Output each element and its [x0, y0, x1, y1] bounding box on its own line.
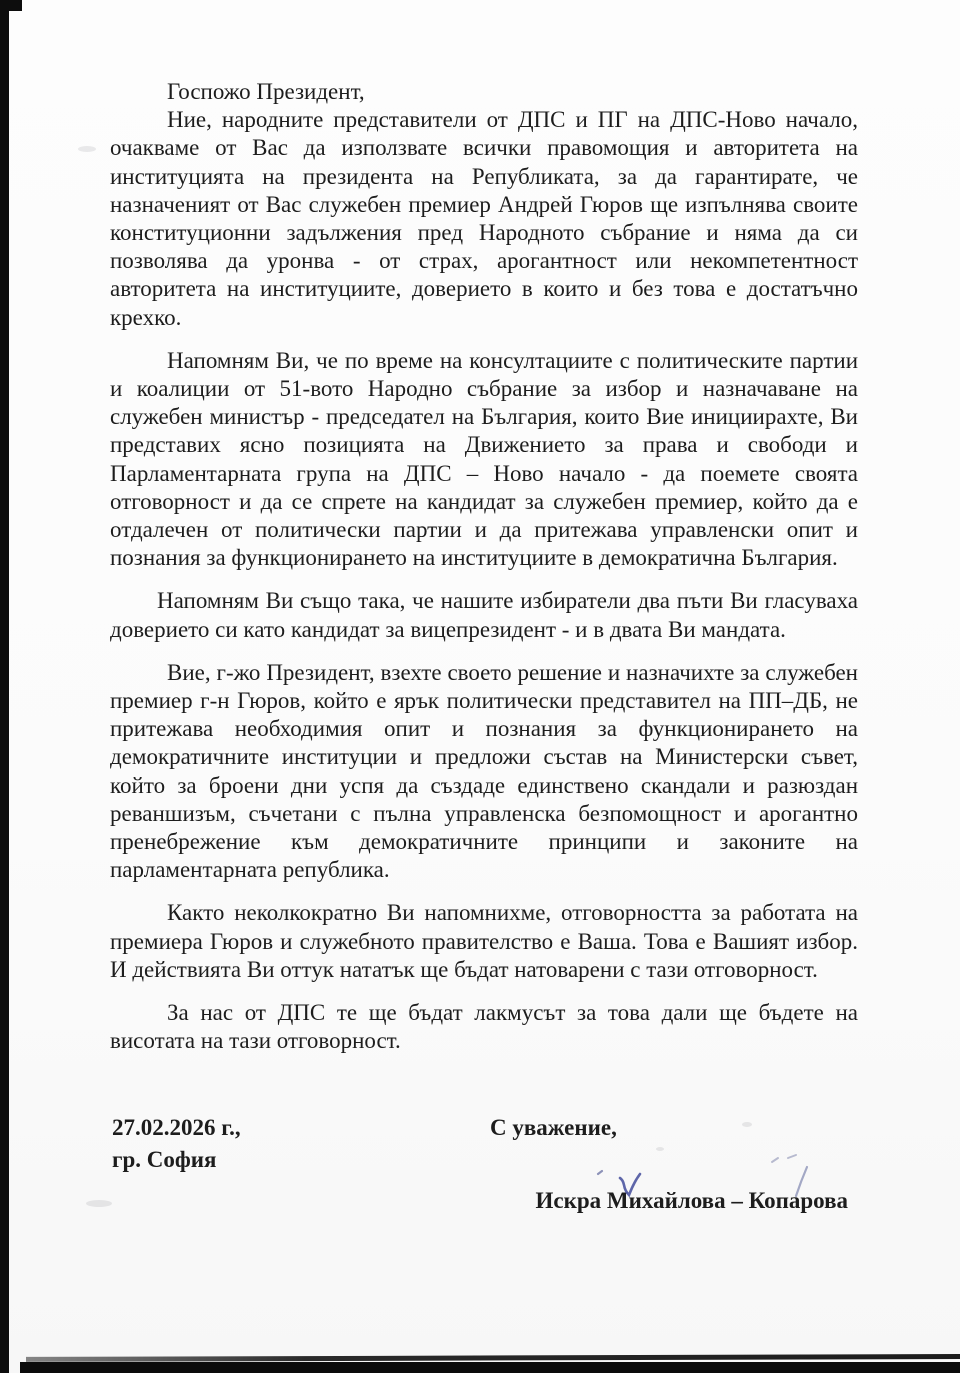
letter-paragraph: Вие, г-жо Президент, взехте своето решен… — [110, 659, 858, 885]
date-line: 27.02.2026 г., — [112, 1112, 241, 1144]
scanned-letter-page: Госпожо Президент, Ние, народните предст… — [0, 0, 960, 1373]
scan-speck — [86, 1200, 112, 1207]
salutation: Госпожо Президент, — [110, 78, 858, 106]
date-place-block: 27.02.2026 г., гр. София — [112, 1112, 241, 1176]
scan-edge-left — [0, 0, 9, 1373]
scan-speck — [78, 146, 96, 152]
scan-line-bottom — [26, 1354, 960, 1362]
place-line: гр. София — [112, 1144, 241, 1176]
letter-body: Госпожо Президент, Ние, народните предст… — [110, 78, 858, 1071]
letter-paragraph: Напомням Ви, че по време на консултациит… — [110, 347, 858, 573]
letter-paragraph: Ние, народните представители от ДПС и ПГ… — [110, 106, 858, 332]
scan-artifact-top-left — [0, 0, 22, 11]
scan-speck — [742, 1122, 752, 1127]
scan-edge-bottom — [20, 1362, 960, 1373]
letter-paragraph: За нас от ДПС те ще бъдат лакмусът за то… — [110, 999, 858, 1055]
letter-paragraph: Както неколкократно Ви напомнихме, отгов… — [110, 899, 858, 984]
signature-pen-marks — [560, 1140, 880, 1240]
letter-paragraph: Напомням Ви също така, че нашите избират… — [110, 587, 858, 643]
